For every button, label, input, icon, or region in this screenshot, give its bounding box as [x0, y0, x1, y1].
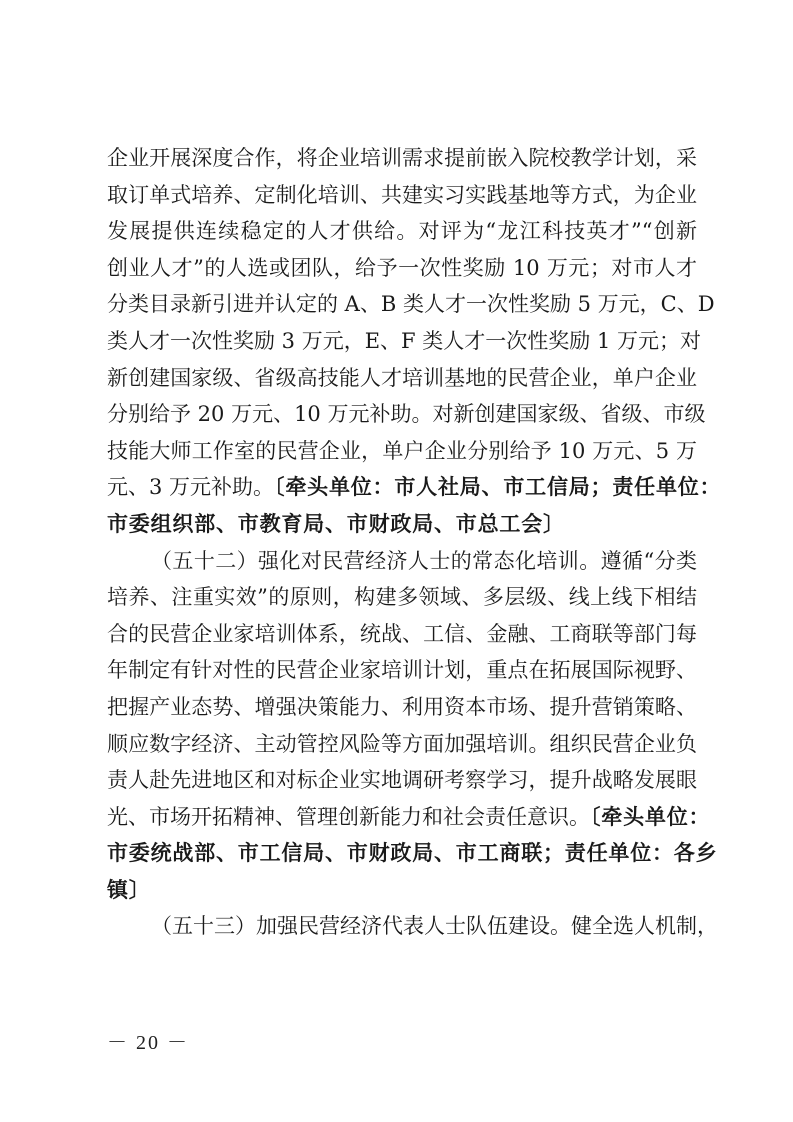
line-text: 责人赴先进地区和对标企业实地调研考察学习，提升战略发展眼	[107, 768, 697, 792]
paragraph-line: 发展提供连续稳定的人才供给。对评为“龙江科技英才”“创新	[107, 213, 697, 250]
section-heading-line: （五十二）强化对民营经济人士的常态化培训。遵循“分类	[107, 543, 697, 580]
paragraph-line: 取订单式培养、定制化培训、共建实习实践基地等方式，为企业	[107, 177, 697, 214]
responsible-units: 市委组织部、市教育局、市财政局、市总工会〕	[107, 512, 565, 536]
paragraph-line: 责人赴先进地区和对标企业实地调研考察学习，提升战略发展眼	[107, 762, 697, 799]
paragraph-line: 把握产业态势、增强决策能力、利用资本市场、提升营销策略、	[107, 689, 697, 726]
paragraph-line: 培养、注重实效”的原则，构建多领域、多层级、线上线下相结	[107, 579, 697, 616]
line-text: 合的民营企业家培训体系，统战、工信、金融、工商联等部门每	[107, 622, 697, 646]
line-text: 类人才一次性奖励 3 万元，E、F 类人才一次性奖励 1 万元；对	[107, 329, 701, 353]
paragraph-line: 市委统战部、市工信局、市财政局、市工商联；责任单位：各乡	[107, 835, 697, 872]
paragraph-line: 年制定有针对性的民营企业家培训计划，重点在拓展国际视野、	[107, 652, 697, 689]
line-text: 分类目录新引进并认定的 A、B 类人才一次性奖励 5 万元，C、D	[107, 292, 715, 316]
paragraph-line: 合的民营企业家培训体系，统战、工信、金融、工商联等部门每	[107, 616, 697, 653]
line-text: 年制定有针对性的民营企业家培训计划，重点在拓展国际视野、	[107, 658, 697, 682]
line-text: 发展提供连续稳定的人才供给。对评为“龙江科技英才”“创新	[107, 219, 697, 243]
line-text: 元、3 万元补助。	[107, 475, 274, 499]
page-number: － 20 －	[107, 1026, 189, 1055]
paragraph-line: 分别给予 20 万元、10 万元补助。对新创建国家级、省级、市级	[107, 396, 697, 433]
line-text: 创业人才”的人选或团队，给予一次性奖励 10 万元；对市人才	[107, 256, 697, 280]
paragraph-line: 企业开展深度合作，将企业培训需求提前嵌入院校教学计划，采	[107, 140, 697, 177]
document-body: 企业开展深度合作，将企业培训需求提前嵌入院校教学计划，采 取订单式培养、定制化培…	[107, 140, 697, 945]
paragraph-line: 技能大师工作室的民营企业，单户企业分别给予 10 万元、5 万	[107, 433, 697, 470]
line-text: 取订单式培养、定制化培训、共建实习实践基地等方式，为企业	[107, 183, 697, 207]
responsible-units-end: 镇〕	[107, 878, 151, 902]
line-text: 光、市场开拓精神、管理创新能力和社会责任意识。	[107, 805, 590, 829]
section-heading: （五十二）强化对民营经济人士的常态化培训。遵循“分类	[151, 549, 697, 573]
paragraph-line: 镇〕	[107, 872, 697, 909]
section-heading-line: （五十三）加强民营经济代表人士队伍建设。健全选人机制，	[107, 908, 697, 945]
paragraph-line: 新创建国家级、省级高技能人才培训基地的民营企业，单户企业	[107, 360, 697, 397]
responsible-units: 市委统战部、市工信局、市财政局、市工商联；责任单位：各乡	[107, 841, 717, 865]
responsible-units-label: 〔牵头单位：市人社局、市工信局；责任单位：	[274, 475, 721, 499]
section-heading: （五十三）加强民营经济代表人士队伍建设。健全选人机制，	[151, 914, 718, 938]
paragraph-line: 市委组织部、市教育局、市财政局、市总工会〕	[107, 506, 697, 543]
lead-units-label: 〔牵头单位：	[590, 805, 710, 829]
paragraph-line: 顺应数字经济、主动管控风险等方面加强培训。组织民营企业负	[107, 726, 697, 763]
line-text: 培养、注重实效”的原则，构建多领域、多层级、线上线下相结	[107, 585, 697, 609]
paragraph-line: 元、3 万元补助。〔牵头单位：市人社局、市工信局；责任单位：	[107, 469, 697, 506]
line-text: 新创建国家级、省级高技能人才培训基地的民营企业，单户企业	[107, 366, 697, 390]
line-text: 技能大师工作室的民营企业，单户企业分别给予 10 万元、5 万	[107, 439, 697, 463]
paragraph-line: 光、市场开拓精神、管理创新能力和社会责任意识。〔牵头单位：	[107, 799, 697, 836]
paragraph-line: 类人才一次性奖励 3 万元，E、F 类人才一次性奖励 1 万元；对	[107, 323, 697, 360]
paragraph-line: 创业人才”的人选或团队，给予一次性奖励 10 万元；对市人才	[107, 250, 697, 287]
line-text: 顺应数字经济、主动管控风险等方面加强培训。组织民营企业负	[107, 732, 697, 756]
document-page: 企业开展深度合作，将企业培训需求提前嵌入院校教学计划，采 取订单式培养、定制化培…	[0, 0, 793, 1122]
line-text: 企业开展深度合作，将企业培训需求提前嵌入院校教学计划，采	[107, 146, 697, 170]
paragraph-line: 分类目录新引进并认定的 A、B 类人才一次性奖励 5 万元，C、D	[107, 286, 697, 323]
line-text: 分别给予 20 万元、10 万元补助。对新创建国家级、省级、市级	[107, 402, 705, 426]
line-text: 把握产业态势、增强决策能力、利用资本市场、提升营销策略、	[107, 695, 697, 719]
